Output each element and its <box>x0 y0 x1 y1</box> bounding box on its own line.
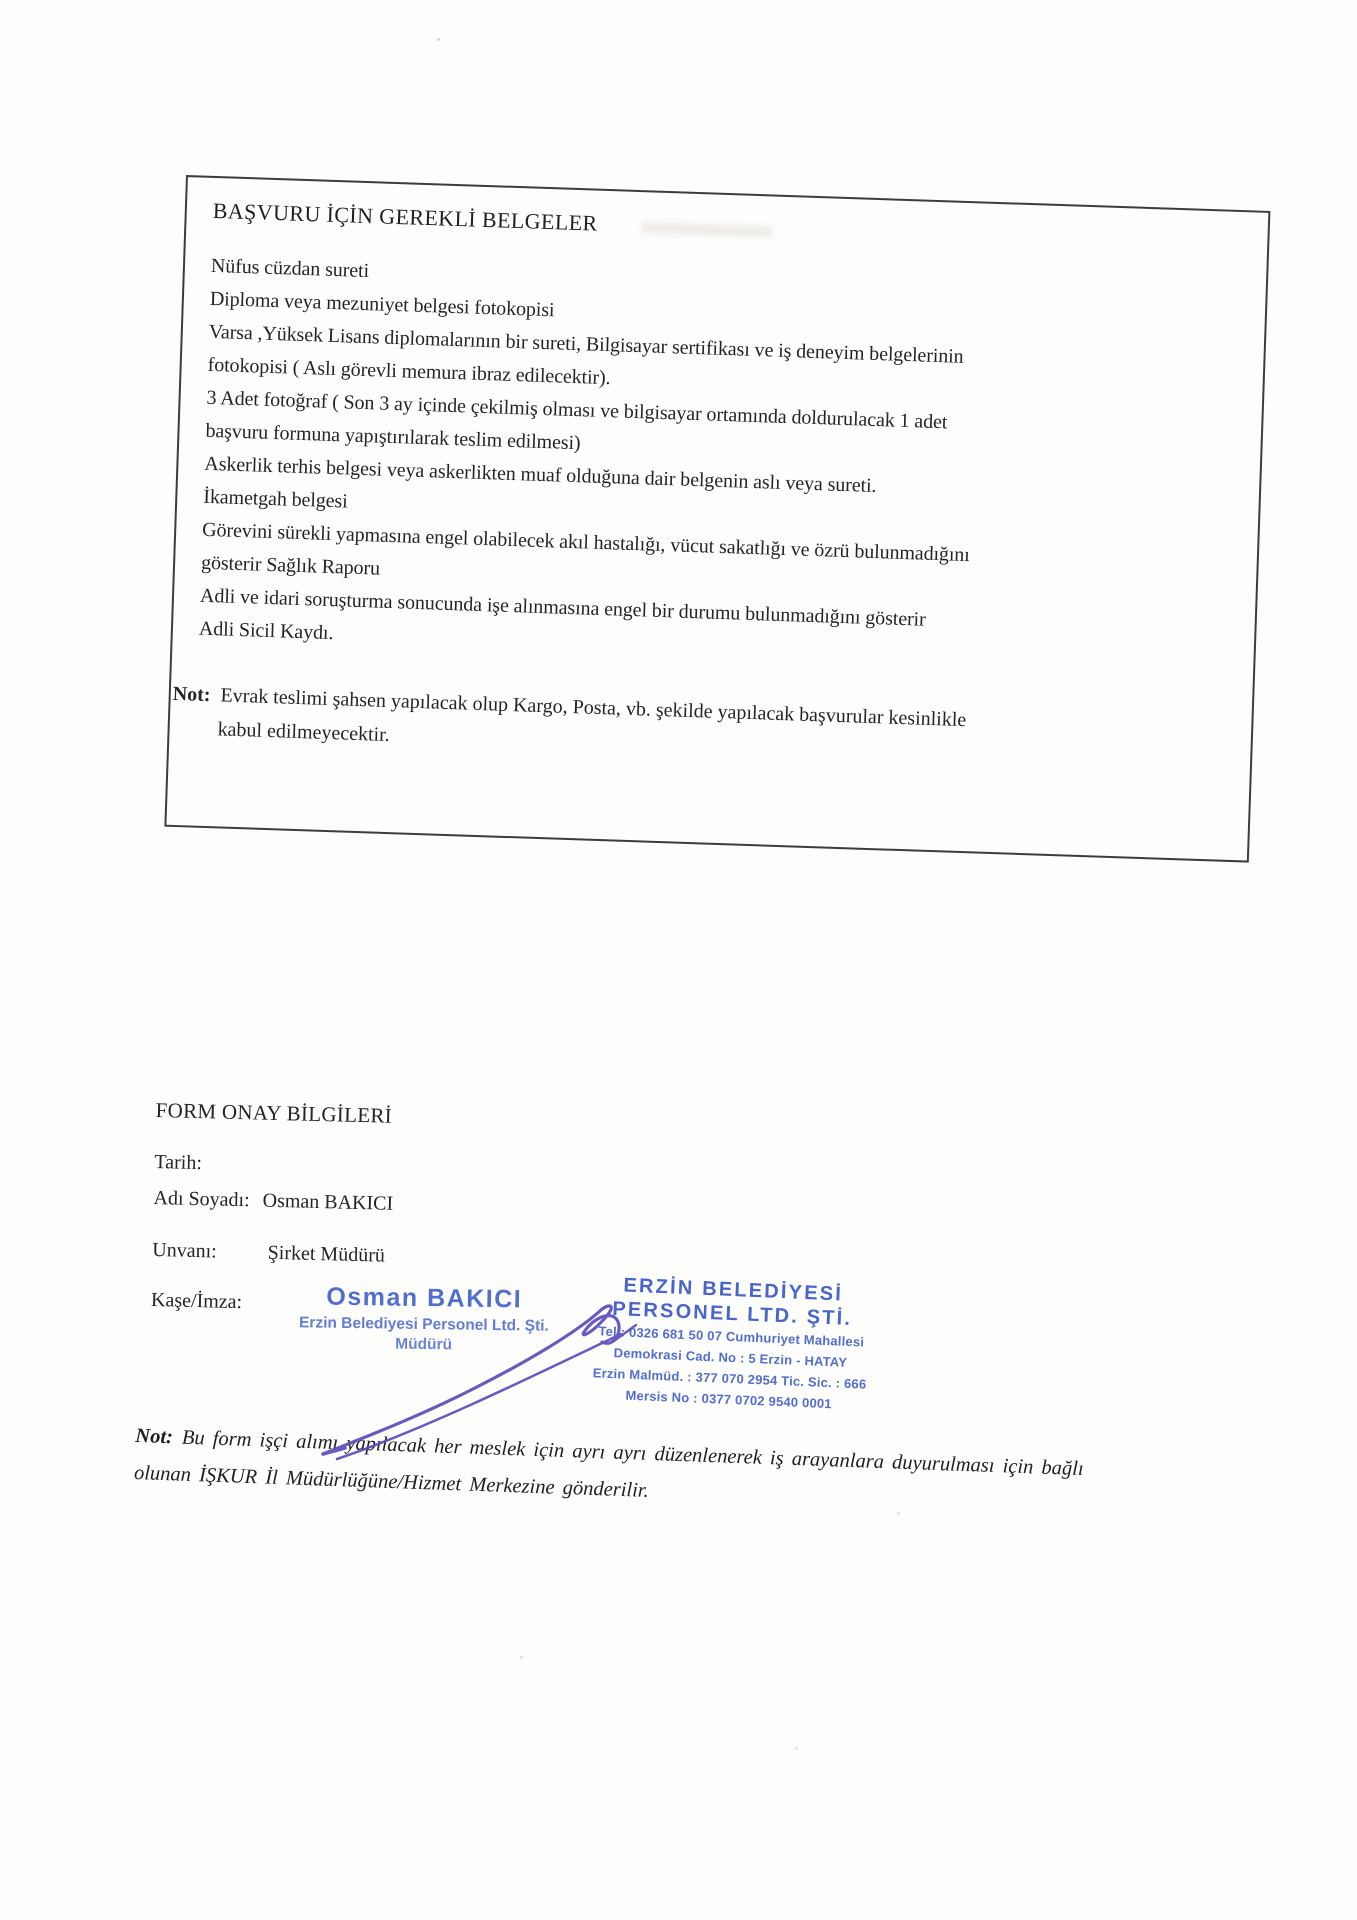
title-label: Unvanı: <box>152 1239 217 1263</box>
field-row-title: Unvanı: Şirket Müdürü <box>152 1237 392 1269</box>
name-label: Adı Soyadı: <box>153 1187 250 1211</box>
name-value: Osman BAKICI <box>262 1190 393 1215</box>
scan-speck <box>897 1512 900 1515</box>
form-approval-title: FORM ONAY BİLGİLERİ <box>155 1098 395 1129</box>
footer-note-label: Not: <box>135 1425 173 1448</box>
required-documents-list: Nüfus cüzdan sureti Diploma veya mezuniy… <box>198 250 1230 680</box>
scan-speck <box>795 1747 798 1750</box>
required-documents-box: BAŞVURU İÇİN GEREKLİ BELGELER Nüfus cüzd… <box>164 175 1270 863</box>
date-value <box>210 1152 211 1174</box>
scanned-document-page: BAŞVURU İÇİN GEREKLİ BELGELER Nüfus cüzd… <box>0 0 1357 1920</box>
title-value: Şirket Müdürü <box>267 1242 385 1267</box>
stamp-signature-label: Kaşe/İmza: <box>151 1289 243 1313</box>
date-label: Tarih: <box>154 1151 202 1174</box>
scan-speck <box>437 38 440 41</box>
note-label: Not: <box>172 683 210 706</box>
delivery-note: Not:Evrak teslimi şahsen yapılacak olup … <box>171 677 1216 780</box>
scan-speck <box>520 1656 523 1659</box>
field-row-date: Tarih: <box>154 1149 394 1181</box>
field-row-name: Adı Soyadı: Osman BAKICI <box>153 1185 393 1217</box>
signature-ink <box>285 1276 655 1466</box>
